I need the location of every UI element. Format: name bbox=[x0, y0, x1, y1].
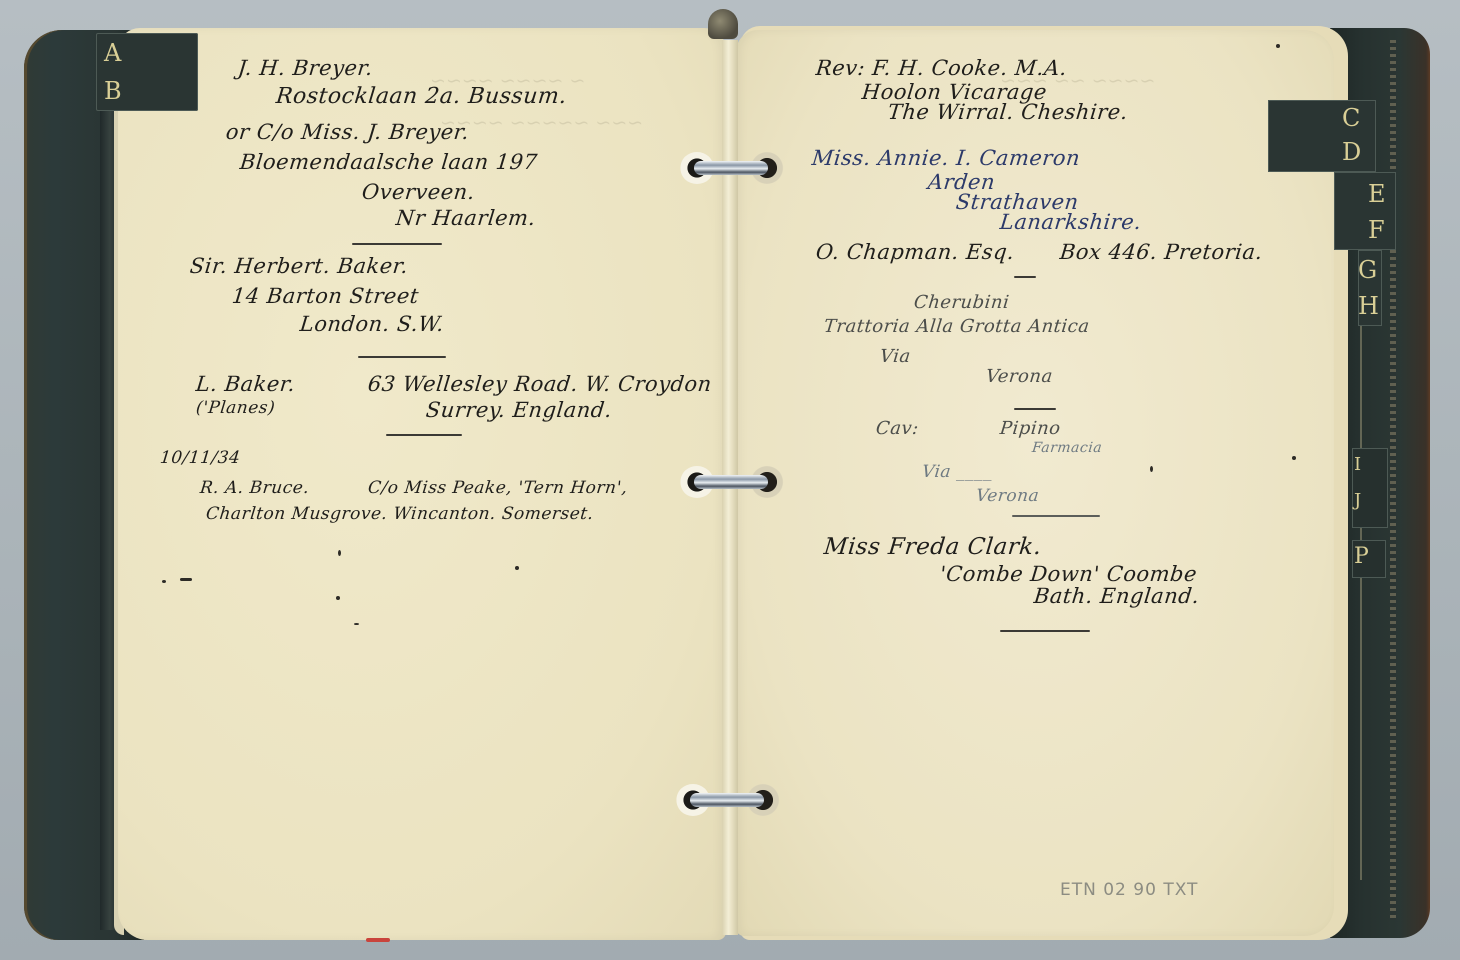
entry-divider bbox=[352, 243, 442, 245]
entry-line: Overveen. bbox=[361, 180, 476, 204]
index-tab-c-d[interactable]: C D bbox=[1268, 100, 1376, 172]
entry-line: The Wirral. Cheshire. bbox=[887, 100, 1129, 124]
ring-wire-icon bbox=[694, 161, 768, 175]
entry-line: Lanarkshire. bbox=[999, 210, 1143, 234]
tab-letter: B bbox=[104, 79, 122, 103]
entry-divider bbox=[358, 356, 446, 358]
entry-name: R. A. Bruce. bbox=[199, 478, 310, 498]
tab-letter: A bbox=[104, 41, 121, 65]
entry-note: ('Planes) bbox=[195, 398, 276, 418]
entry-line: Bloemendaalsche laan 197 bbox=[239, 150, 539, 174]
entry-line: Nr Haarlem. bbox=[395, 206, 537, 230]
entry-divider bbox=[386, 434, 462, 436]
show-through-text: ~~~ ~~~~~ ~~~~ bbox=[440, 112, 643, 134]
tab-letter: G bbox=[1358, 258, 1377, 282]
entry-name: Cherubini bbox=[913, 292, 1011, 313]
ink-fleck bbox=[1150, 466, 1153, 472]
entry-line: Farmacia bbox=[1031, 440, 1103, 456]
entry-divider bbox=[1014, 276, 1036, 278]
tab-letter: D bbox=[1342, 140, 1361, 164]
entry-line: Verona bbox=[975, 486, 1040, 506]
entry-name: Rev: F. H. Cooke. M.A. bbox=[815, 56, 1069, 80]
entry-divider bbox=[1014, 408, 1056, 410]
entry-line: London. S.W. bbox=[299, 312, 446, 336]
ink-fleck bbox=[338, 550, 341, 556]
entry-name: Miss. Annie. I. Cameron bbox=[811, 146, 1082, 170]
ink-fleck bbox=[1292, 456, 1296, 460]
tab-letter: E bbox=[1368, 182, 1386, 206]
entry-line: Trattoria Alla Grotta Antica bbox=[823, 316, 1091, 337]
ink-fleck bbox=[515, 566, 519, 570]
index-tab-e-f[interactable]: E F bbox=[1334, 172, 1396, 250]
entry-divider bbox=[1012, 515, 1100, 517]
tab-letter: C bbox=[1342, 106, 1360, 130]
entry-line: 63 Wellesley Road. W. Croydon bbox=[367, 372, 713, 396]
cover-inner-line bbox=[1360, 320, 1362, 880]
pencil-catalog-note: ETN 02 90 TXT bbox=[1060, 880, 1198, 900]
index-tab-p[interactable]: P bbox=[1352, 540, 1386, 578]
ring-clasp-icon bbox=[708, 9, 738, 39]
ink-fleck bbox=[336, 596, 340, 600]
red-mark bbox=[366, 938, 390, 942]
entry-line: C/o Miss Peake, 'Tern Horn', bbox=[367, 478, 629, 498]
entry-line: Charlton Musgrove. Wincanton. Somerset. bbox=[205, 504, 595, 524]
binder-ring-middle bbox=[680, 464, 790, 500]
entry-name: L. Baker. bbox=[195, 372, 297, 396]
tab-letter: F bbox=[1368, 218, 1385, 242]
entry-name: Sir. Herbert. Baker. bbox=[189, 254, 410, 278]
entry-line: Bath. England. bbox=[1033, 584, 1201, 608]
entry-line: Surrey. England. bbox=[425, 398, 614, 422]
ink-fleck bbox=[162, 580, 166, 583]
entry-name: Pipino bbox=[999, 418, 1062, 439]
entry-line: or C/o Miss. J. Breyer. bbox=[225, 120, 471, 144]
ring-wire-icon bbox=[694, 475, 768, 489]
entry-date: 10/11/34 bbox=[159, 448, 241, 468]
entry-label: Cav: bbox=[875, 418, 920, 439]
binder-ring-top bbox=[680, 150, 790, 186]
entry-line: Via ____ bbox=[921, 462, 994, 482]
entry-line: 14 Barton Street bbox=[231, 284, 420, 308]
index-tab-g-h[interactable]: G H bbox=[1358, 250, 1382, 326]
ink-fleck bbox=[1276, 44, 1280, 48]
entry-line: Box 446. Pretoria. bbox=[1059, 240, 1264, 264]
entry-line: Verona bbox=[985, 366, 1054, 387]
ink-fleck bbox=[180, 578, 192, 581]
tab-letter: I bbox=[1354, 456, 1361, 474]
index-tab-i-j[interactable]: I J bbox=[1352, 448, 1388, 528]
entry-name: Miss Freda Clark. bbox=[823, 534, 1043, 560]
ring-wire-icon bbox=[690, 793, 764, 807]
tab-letter: J bbox=[1354, 492, 1361, 510]
entry-divider bbox=[1000, 630, 1090, 632]
index-tab-a-b[interactable]: A B bbox=[96, 33, 198, 111]
entry-name: O. Chapman. Esq. bbox=[815, 240, 1016, 264]
entry-line: 'Combe Down' Coombe bbox=[939, 562, 1199, 586]
tab-letter: H bbox=[1358, 294, 1379, 318]
entry-line: Via bbox=[879, 346, 912, 367]
entry-line: Rostocklaan 2a. Bussum. bbox=[275, 84, 568, 109]
ink-fleck bbox=[354, 623, 359, 625]
entry-name: J. H. Breyer. bbox=[237, 56, 374, 80]
tab-letter: P bbox=[1354, 546, 1369, 568]
binder-ring-bottom bbox=[676, 782, 786, 818]
